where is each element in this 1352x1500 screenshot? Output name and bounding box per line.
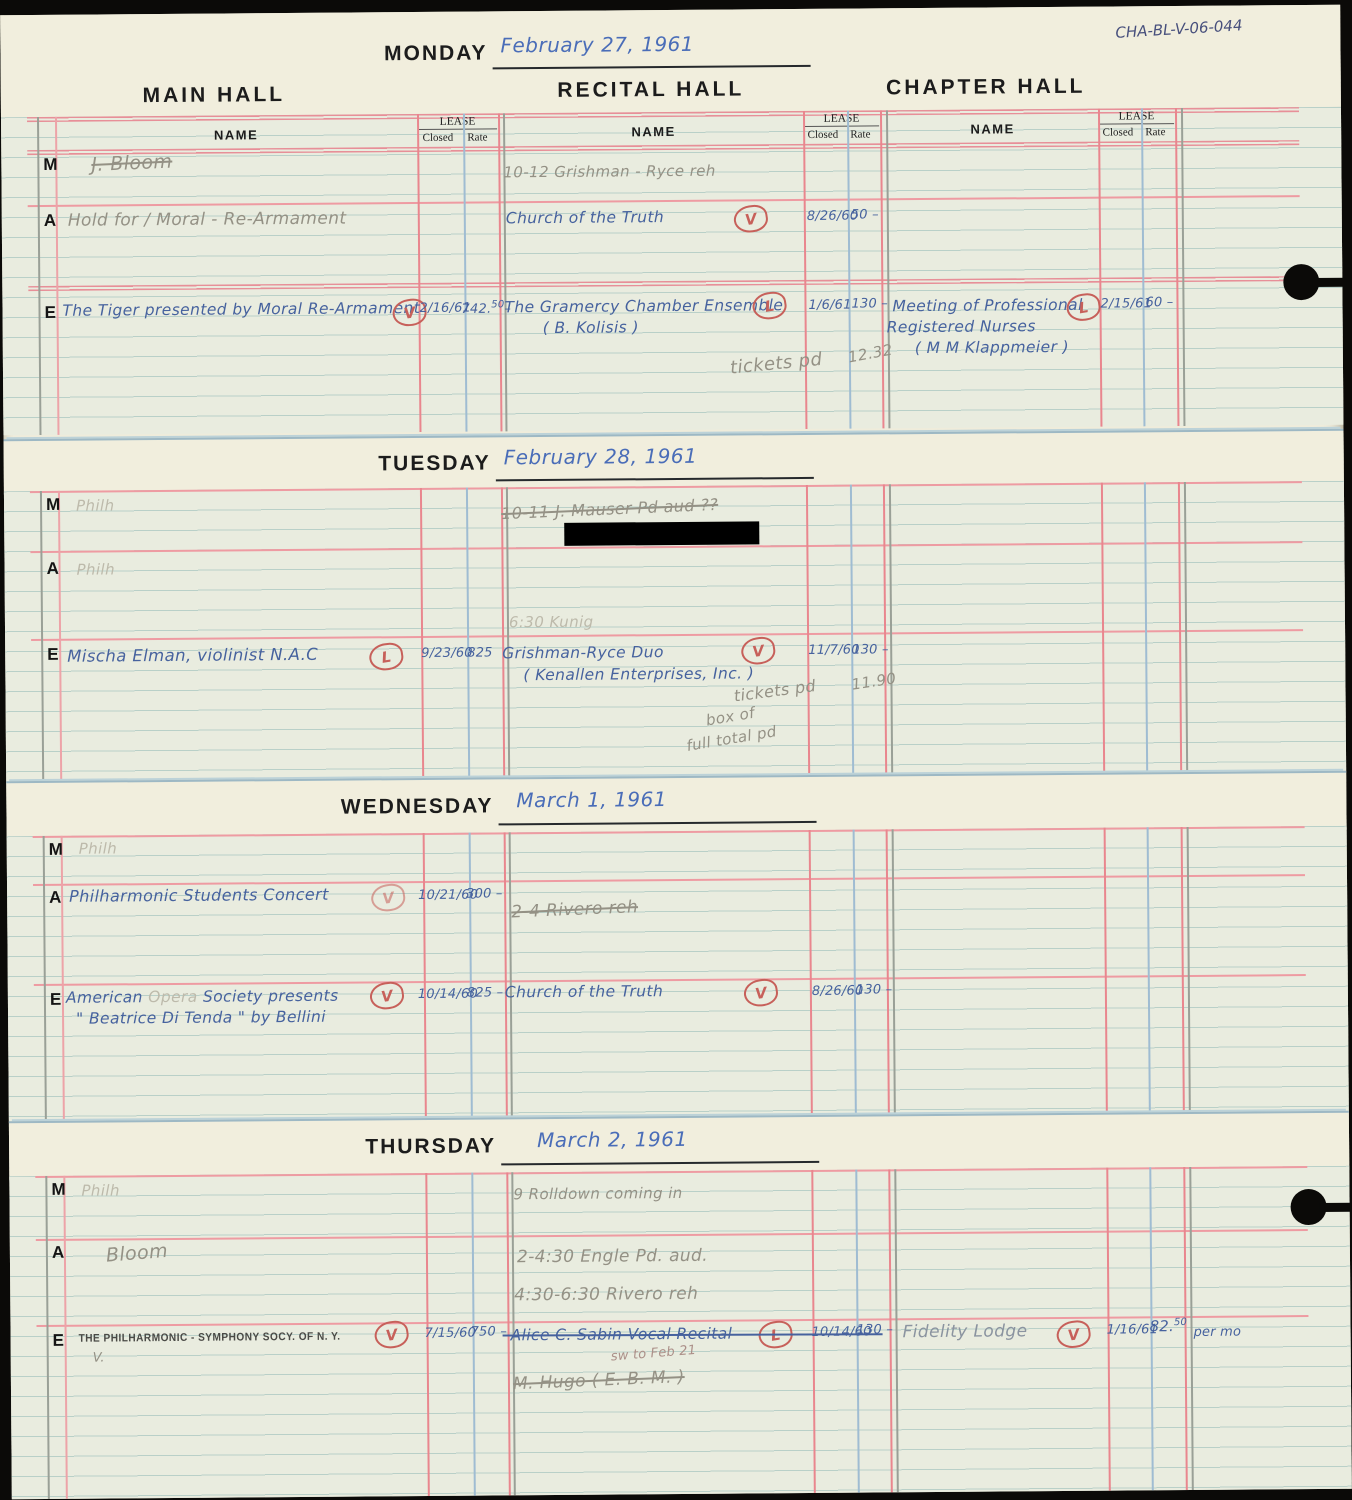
entry-monday-chapter-evening-line2: Registered Nurses	[887, 317, 1036, 336]
column-rule	[58, 491, 62, 781]
column-rule	[463, 114, 467, 432]
hall-title-main: MAIN HALL	[119, 83, 309, 108]
lease-rate: 82.50	[1149, 1317, 1187, 1335]
entry-monday-recital-evening-line2: ( B. Kolisis )	[543, 318, 639, 337]
closed-label: Closed	[1099, 124, 1137, 138]
lease-rate: 60 –	[1145, 295, 1173, 310]
column-rule	[809, 830, 813, 1115]
monday-grid: NAME NAME NAME LEASE ClosedRate LEASE Cl…	[1, 107, 1343, 436]
day-label-monday: MONDAY	[300, 41, 487, 66]
wednesday-grid	[7, 826, 1349, 1122]
hall-title-recital: RECITAL HALL	[541, 77, 761, 103]
row-letter-afternoon: A	[49, 888, 61, 908]
ledger-page: MONDAY February 27, 1961 CHA-BL-V-06-044…	[0, 5, 1352, 1499]
lease-rate: 130 –	[851, 296, 888, 311]
entry-monday-recital-morning: 10-12 Grishman - Ryce reh	[503, 162, 715, 182]
row-letter-evening: E	[53, 1331, 65, 1351]
column-rule	[1144, 482, 1148, 772]
entry-thursday-recital-morning: 9 Rolldown coming in	[513, 1184, 682, 1203]
lease-head-chapter: LEASE ClosedRate	[1099, 110, 1174, 143]
lease-closed: 9/23/60	[421, 646, 473, 661]
column-rule	[886, 110, 890, 428]
note-tuesday-recital: 6:30 Kunig	[509, 613, 594, 632]
row-letter-morning: M	[43, 155, 57, 175]
column-rule	[803, 111, 807, 429]
column-rule	[1098, 109, 1102, 427]
lease-label: LEASE	[804, 112, 879, 127]
reference-number: CHA-BL-V-06-044	[1115, 16, 1243, 42]
entry-thursday-chapter-evening: Fidelity Lodge	[902, 1321, 1027, 1342]
lease-rate: 825 –	[467, 985, 504, 1000]
entry-wednesday-main-morning: Philh	[79, 839, 118, 857]
date-monday: February 27, 1961	[500, 32, 694, 58]
column-rule	[1141, 108, 1145, 426]
column-rule	[847, 111, 851, 429]
entry-tuesday-main-evening: Mischa Elman, violinist N.A.C	[67, 645, 318, 666]
date-underline	[496, 477, 814, 481]
entry-monday-main-evening: The Tiger presented by Moral Re-Armament	[62, 299, 420, 320]
entry-monday-chapter-evening: Meeting of Professional	[892, 296, 1082, 315]
lease-closed: 1/6/61	[808, 298, 851, 313]
column-rule	[1147, 827, 1151, 1112]
column-rule	[1175, 108, 1179, 426]
column-rule	[1178, 482, 1182, 772]
entry-thursday-main-evening-stamp: THE PHILHARMONIC - SYMPHONY SOCY. OF N. …	[79, 1331, 341, 1345]
entry-monday-main-afternoon: Hold for / Moral - Re-Armament	[68, 209, 347, 231]
col-head-name-main: NAME	[61, 126, 411, 144]
hole-punch-notch	[1312, 278, 1346, 287]
lease-rate-suffix: per mo	[1194, 1325, 1242, 1340]
entry-wednesday-recital-evening: Church of the Truth	[505, 982, 663, 1001]
monday-header-zone: MONDAY February 27, 1961 CHA-BL-V-06-044…	[0, 5, 1341, 118]
row-letter-morning: M	[51, 1180, 65, 1200]
column-rule	[1104, 828, 1108, 1113]
column-rule	[466, 488, 470, 778]
entry-thursday-recital-afternoon: 2-4:30 Engle Pd. aud.	[517, 1246, 708, 1267]
note-v: V.	[93, 1351, 105, 1366]
closed-label: Closed	[804, 127, 842, 141]
col-head-name-chapter: NAME	[889, 121, 1096, 138]
row-letter-evening: E	[44, 303, 56, 323]
column-rule	[417, 114, 421, 432]
lease-label: LEASE	[1099, 110, 1174, 125]
entry-wednesday-main-afternoon: Philharmonic Students Concert	[69, 885, 329, 906]
entry-tuesday-recital-evening-line2: ( Kenallen Enterprises, Inc. )	[523, 664, 754, 684]
column-rule	[886, 829, 890, 1114]
column-rule	[504, 832, 508, 1117]
row-rule	[34, 974, 1306, 985]
entry-wednesday-main-evening-line2: " Beatrice Di Tenda " by Bellini	[76, 1008, 326, 1028]
row-rule	[36, 1229, 1308, 1240]
column-rule	[37, 117, 41, 435]
entry-monday-main-morning: J. Bloom	[91, 151, 173, 176]
entry-monday-chapter-evening-line3: ( M M Klappmeier )	[915, 338, 1069, 357]
hall-title-chapter: CHAPTER HALL	[873, 75, 1099, 101]
lease-rate: 300 –	[466, 886, 503, 901]
day-label-tuesday: TUESDAY	[304, 451, 491, 476]
lease-head-recital: LEASE ClosedRate	[804, 112, 879, 145]
closed-label: Closed	[418, 130, 458, 144]
column-rule	[1181, 108, 1185, 426]
day-label-wednesday: WEDNESDAY	[286, 794, 493, 820]
date-thursday: March 2, 1961	[537, 1127, 688, 1152]
column-rule	[503, 113, 507, 431]
row-letter-morning: M	[46, 495, 60, 515]
lease-rate: 750 –	[470, 1324, 507, 1339]
column-rule	[423, 833, 427, 1118]
row-letter-afternoon: A	[44, 211, 56, 231]
column-rule	[1181, 827, 1185, 1112]
column-rule	[45, 1176, 49, 1499]
redaction-bar	[564, 521, 759, 546]
column-rule	[420, 488, 424, 778]
lease-rate: 50 –	[851, 207, 879, 222]
lease-label: LEASE	[418, 115, 497, 130]
row-letter-morning: M	[49, 840, 63, 860]
lease-rate: 130 –	[852, 642, 889, 657]
lease-head-main: LEASE ClosedRate	[418, 115, 497, 148]
entry-wednesday-main-evening: American Opera Society presents	[66, 987, 339, 1007]
column-rule	[889, 484, 893, 774]
column-rule	[498, 113, 502, 431]
column-rule	[806, 485, 810, 775]
date-underline	[493, 65, 811, 69]
column-rule	[61, 836, 65, 1121]
row-rule	[28, 195, 1300, 206]
row-letter-evening: E	[50, 990, 62, 1010]
date-wednesday: March 1, 1961	[516, 787, 667, 812]
column-rule	[853, 830, 857, 1115]
column-rule	[880, 110, 884, 428]
row-rule	[33, 874, 1305, 885]
col-head-name-recital: NAME	[506, 123, 801, 140]
entry-tuesday-recital-evening: Grishman-Ryce Duo	[502, 643, 664, 662]
row-letter-evening: E	[47, 645, 59, 665]
column-rule	[1184, 482, 1188, 772]
row-letter-afternoon: A	[52, 1243, 64, 1263]
lease-closed: 7/15/60	[425, 1326, 477, 1341]
date-tuesday: February 28, 1961	[504, 444, 698, 470]
entry-tuesday-main-afternoon: Philh	[76, 560, 115, 578]
column-rule	[894, 1169, 898, 1492]
entry-monday-recital-afternoon: Church of the Truth	[506, 208, 664, 227]
column-rule	[43, 836, 47, 1121]
hole-punch-notch	[1320, 1203, 1352, 1212]
column-rule	[1101, 483, 1105, 773]
lease-rate: 130 –	[856, 1322, 893, 1337]
lease-closed: 2/15/61	[1100, 296, 1152, 311]
column-rule	[850, 485, 854, 775]
column-rule	[506, 487, 510, 777]
entry-tuesday-main-morning: Philh	[76, 496, 115, 514]
column-rule	[509, 832, 513, 1117]
row-rule	[28, 276, 1300, 291]
entry-thursday-main-morning: Philh	[81, 1181, 120, 1199]
date-underline	[499, 821, 817, 825]
lease-rate: 130 –	[856, 982, 893, 997]
entry-thursday-recital-afternoon-line2: 4:30-6:30 Rivero reh	[514, 1284, 698, 1305]
day-label-thursday: THURSDAY	[299, 1134, 496, 1160]
column-rule	[892, 829, 896, 1114]
column-rule	[883, 484, 887, 774]
date-underline	[501, 1161, 819, 1165]
lease-rate: 825	[467, 645, 493, 660]
column-rule	[469, 833, 473, 1118]
column-rule	[1187, 827, 1191, 1112]
entry-monday-recital-evening: The Gramercy Chamber Ensemble	[504, 296, 783, 316]
column-rule	[40, 491, 44, 781]
column-rule	[501, 487, 505, 777]
row-letter-afternoon: A	[46, 559, 58, 579]
row-rule	[31, 629, 1303, 640]
